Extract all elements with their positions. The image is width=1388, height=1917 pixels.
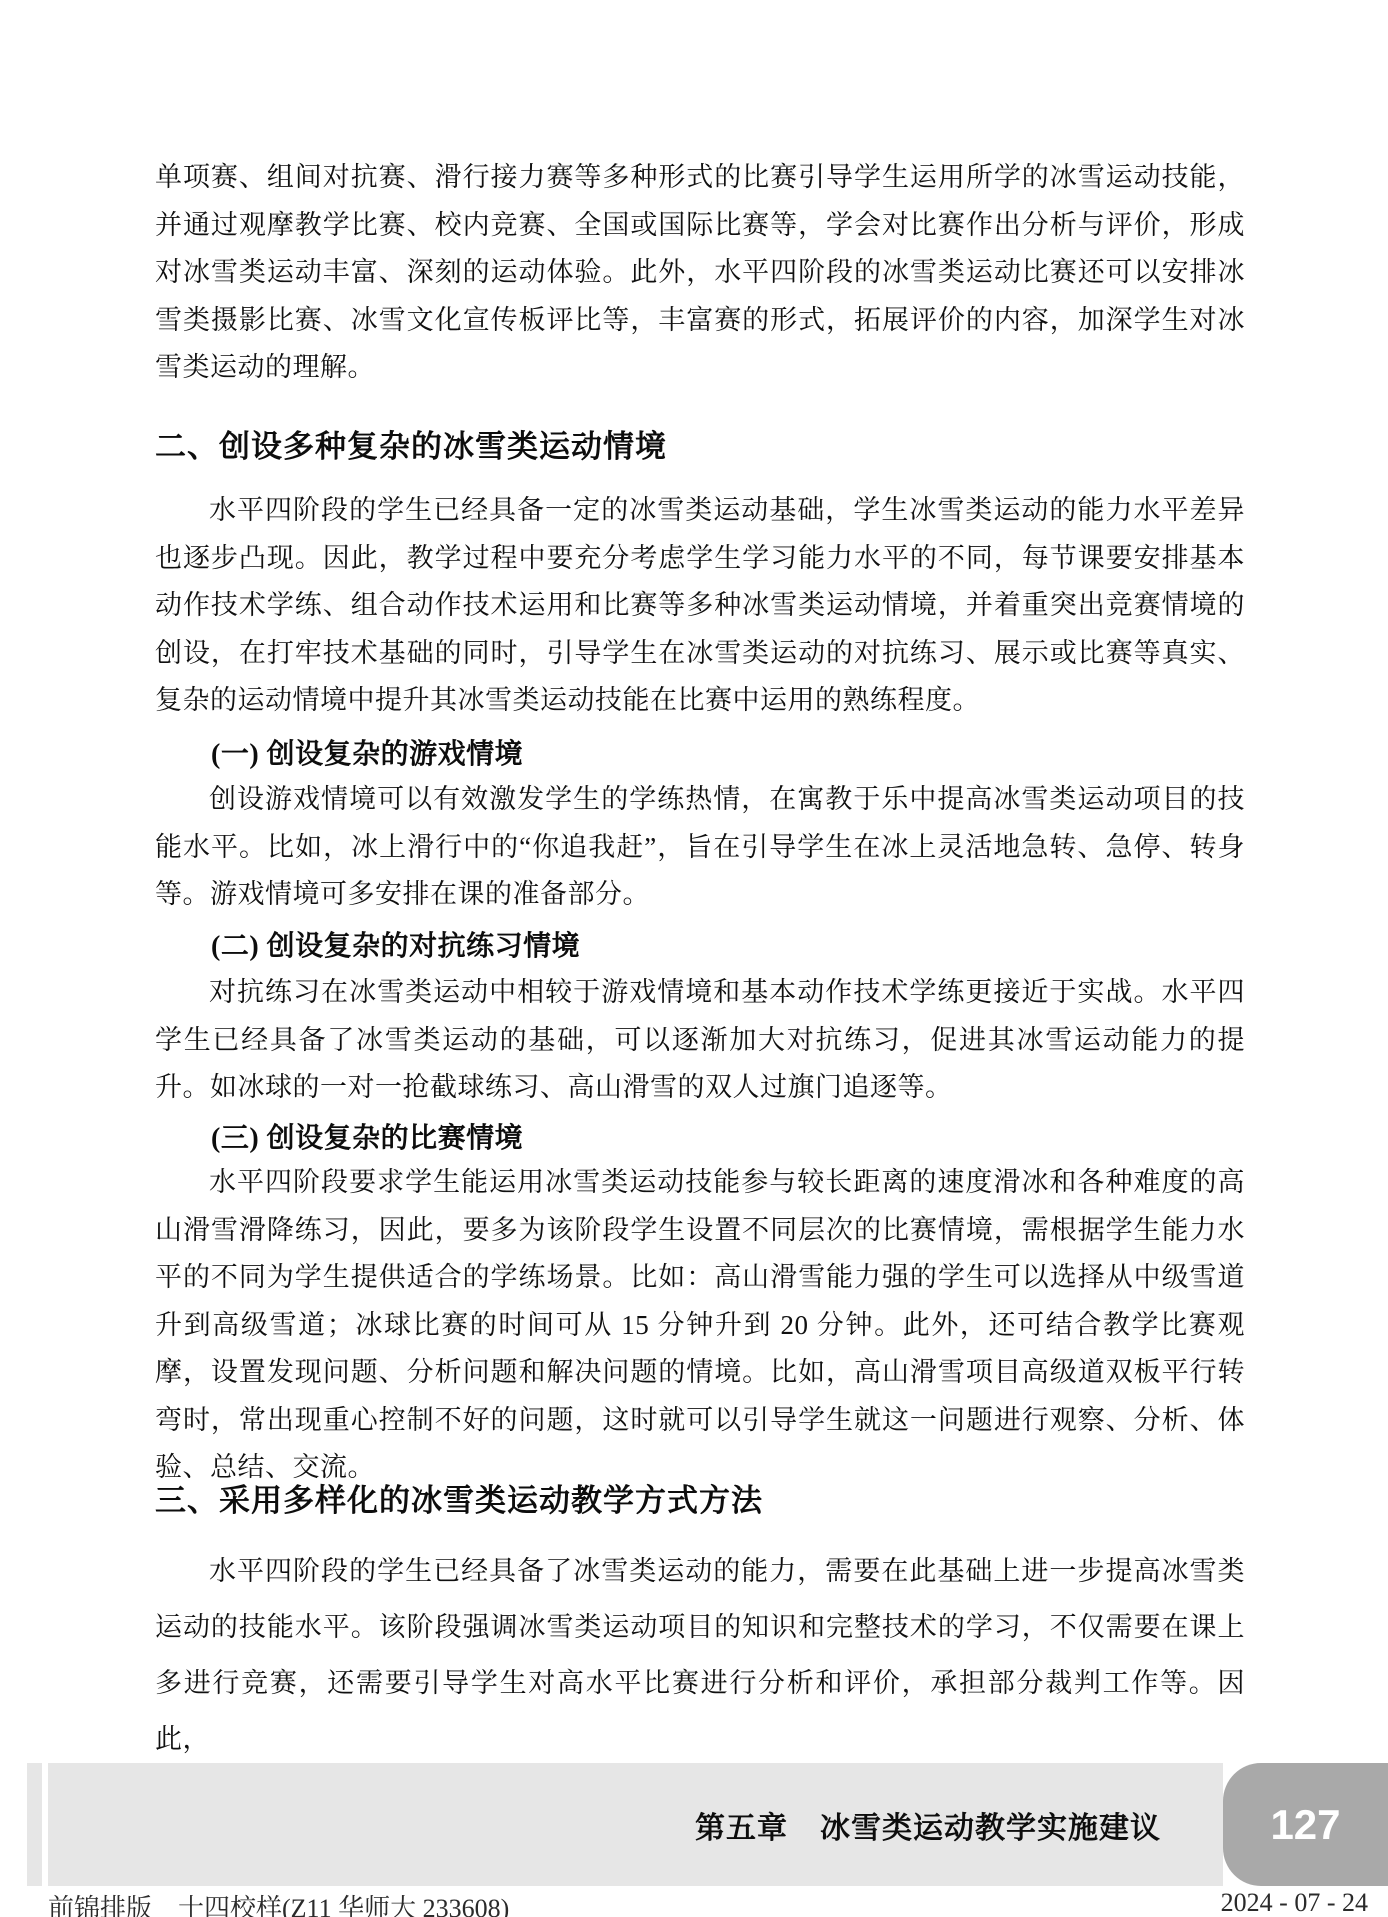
section-heading-2: 二、创设多种复杂的冰雪类运动情境 (155, 421, 1245, 466)
subsection-heading-2: (二) 创设复杂的对抗练习情境 (155, 924, 1245, 964)
page-number: 127 (1270, 1801, 1340, 1849)
footer-chapter-title: 第五章 冰雪类运动教学实施建议 (695, 1763, 1161, 1886)
chapter-label: 第五章 (695, 1803, 788, 1847)
page-number-tab: 127 (1223, 1763, 1388, 1886)
subsection-heading-3: (三) 创设复杂的比赛情境 (155, 1116, 1245, 1156)
footer-left-strip (27, 1763, 42, 1886)
subsection1-paragraph: 创设游戏情境可以有效激发学生的学练热情，在寓教于乐中提高冰雪类运动项目的技能水平… (155, 776, 1245, 919)
section-heading-3: 三、采用多样化的冰雪类运动教学方式方法 (155, 1475, 1245, 1520)
proof-imprint-left: 前锦排版 十四校样(Z11 华师大 233608) (48, 1888, 509, 1917)
footer-band: 第五章 冰雪类运动教学实施建议 (48, 1763, 1223, 1886)
section3-intro-paragraph: 水平四阶段的学生已经具备了冰雪类运动的能力，需要在此基础上进一步提高冰雪类运动的… (155, 1543, 1245, 1767)
chapter-name: 冰雪类运动教学实施建议 (820, 1803, 1161, 1847)
subsection3-paragraph: 水平四阶段要求学生能运用冰雪类运动技能参与较长距离的速度滑冰和各种难度的高山滑雪… (155, 1159, 1245, 1492)
proof-date: 2024 - 07 - 24 (1221, 1888, 1368, 1917)
document-page: 单项赛、组间对抗赛、滑行接力赛等多种形式的比赛引导学生运用所学的冰雪运动技能，并… (0, 0, 1388, 1917)
intro-paragraph: 单项赛、组间对抗赛、滑行接力赛等多种形式的比赛引导学生运用所学的冰雪运动技能，并… (155, 154, 1245, 392)
subsection-heading-1: (一) 创设复杂的游戏情境 (155, 732, 1245, 772)
section2-intro-paragraph: 水平四阶段的学生已经具备一定的冰雪类运动基础，学生冰雪类运动的能力水平差异也逐步… (155, 487, 1245, 725)
subsection2-paragraph: 对抗练习在冰雪类运动中相较于游戏情境和基本动作技术学练更接近于实战。水平四学生已… (155, 969, 1245, 1112)
